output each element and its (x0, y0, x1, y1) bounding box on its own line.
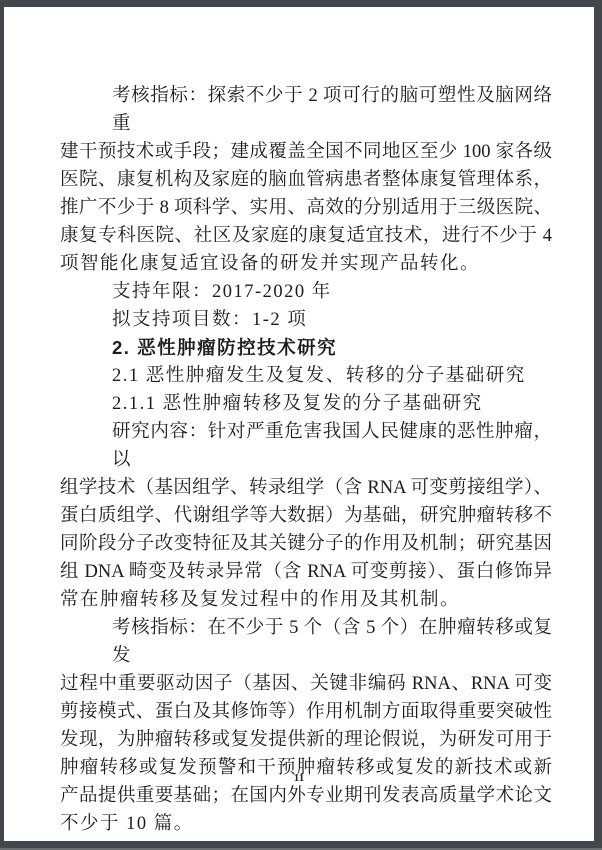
text-line: 蛋白质组学、代谢组学等大数据）为基础，研究肿瘤转移不 (60, 502, 552, 530)
para-project-count: 拟支持项目数：1-2 项 (60, 306, 552, 334)
para-assessment-indicators-1: 考核指标：探索不少于 2 项可行的脑可塑性及脑网络重建干预技术或手段；建成覆盖全… (60, 82, 552, 278)
text-line: 医院、康复机构及家庭的脑血管病患者整体康复管理体系， (60, 166, 552, 194)
text-line: 拟支持项目数：1-2 项 (60, 306, 552, 334)
para-section-2-1-1: 2.1.1 恶性肿瘤转移及复发的分子基础研究 (60, 390, 552, 418)
text-block: 考核指标：探索不少于 2 项可行的脑可塑性及脑网络重建干预技术或手段；建成覆盖全… (60, 82, 552, 838)
text-line: 发现，为肿瘤转移或复发提供新的理论假说，为研发可用于 (60, 726, 552, 754)
text-line: 支持年限：2017-2020 年 (60, 278, 552, 306)
text-line: 研究内容：针对严重危害我国人民健康的恶性肿瘤，以 (60, 418, 552, 474)
text-line: 建干预技术或手段；建成覆盖全国不同地区至少 100 家各级 (60, 138, 552, 166)
text-line: 考核指标：在不少于 5 个（含 5 个）在肿瘤转移或复发 (60, 614, 552, 670)
document-page: 考核指标：探索不少于 2 项可行的脑可塑性及脑网络重建干预技术或手段；建成覆盖全… (4, 7, 594, 841)
text-line: 组 DNA 畸变及转录异常（含 RNA 可变剪接）、蛋白修饰异 (60, 558, 552, 586)
text-line: 考核指标：探索不少于 2 项可行的脑可塑性及脑网络重 (60, 82, 552, 138)
viewer-background: 考核指标：探索不少于 2 项可行的脑可塑性及脑网络重建干预技术或手段；建成覆盖全… (0, 0, 602, 850)
text-line: 同阶段分子改变特征及其关键分子的作用及机制；研究基因 (60, 530, 552, 558)
text-line: 过程中重要驱动因子（基因、关键非编码 RNA、RNA 可变 (60, 670, 552, 698)
para-assessment-indicators-2: 考核指标：在不少于 5 个（含 5 个）在肿瘤转移或复发过程中重要驱动因子（基因… (60, 614, 552, 838)
para-section-2-1: 2.1 恶性肿瘤发生及复发、转移的分子基础研究 (60, 362, 552, 390)
para-research-content: 研究内容：针对严重危害我国人民健康的恶性肿瘤，以组学技术（基因组学、转录组学（含… (60, 418, 552, 614)
text-line: 组学技术（基因组学、转录组学（含 RNA 可变剪接组学）、 (60, 474, 552, 502)
text-line: 产品提供重要基础；在国内外专业期刊发表高质量学术论文 (60, 782, 552, 810)
text-line: 2.1.1 恶性肿瘤转移及复发的分子基础研究 (60, 390, 552, 418)
text-line: 康复专科医院、社区及家庭的康复适宜技术，进行不少于 4 (60, 222, 552, 250)
text-line: 推广不少于 8 项科学、实用、高效的分别适用于三级医院、 (60, 194, 552, 222)
text-line: 不少于 10 篇。 (60, 810, 552, 838)
text-line: 2.1 恶性肿瘤发生及复发、转移的分子基础研究 (60, 362, 552, 390)
page-number: 11 (4, 772, 594, 784)
text-line: 剪接模式、蛋白及其修饰等）作用机制方面取得重要突破性 (60, 698, 552, 726)
text-line: 项智能化康复适宜设备的研发并实现产品转化。 (60, 250, 552, 278)
heading-cancer-prevention: 2. 恶性肿瘤防控技术研究 (60, 334, 552, 362)
para-support-years: 支持年限：2017-2020 年 (60, 278, 552, 306)
text-line: 常在肿瘤转移及复发过程中的作用及其机制。 (60, 586, 552, 614)
text-line: 2. 恶性肿瘤防控技术研究 (60, 334, 552, 362)
